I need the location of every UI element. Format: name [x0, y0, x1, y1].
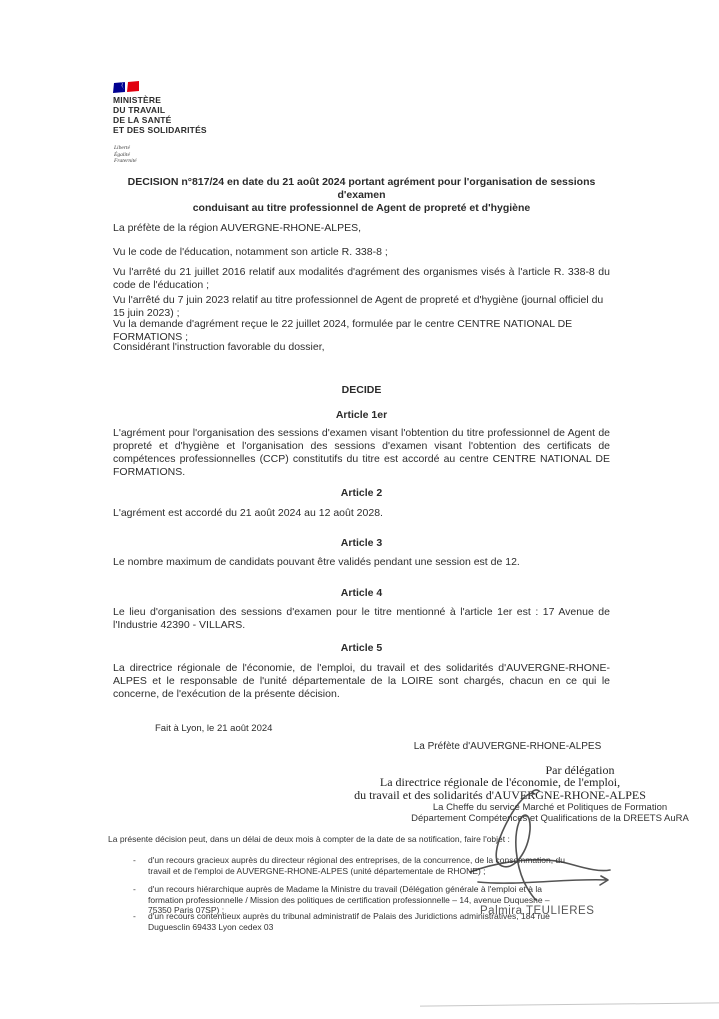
- decision-document-page: MINISTÈRE DU TRAVAIL DE LA SANTÉ ET DES …: [0, 0, 719, 1019]
- bullet-dash: -: [133, 855, 148, 876]
- article-5-body: La directrice régionale de l'économie, d…: [113, 662, 610, 701]
- ministry-name-line: DE LA SANTÉ: [113, 115, 207, 125]
- preamble-paragraph: Considérant l'instruction favorable du d…: [113, 341, 610, 354]
- motto: Liberté Égalité Fraternité: [114, 145, 137, 165]
- document-title: DECISION n°817/24 en date du 21 août 202…: [113, 176, 610, 215]
- decide-heading: DECIDE: [113, 384, 610, 396]
- appeal-item-text: d'un recours gracieux auprès du directeu…: [148, 855, 565, 876]
- article-4-heading: Article 4: [113, 587, 610, 599]
- article-5-heading: Article 5: [113, 642, 610, 654]
- appeal-item: - d'un recours contentieux auprès du tri…: [133, 911, 565, 932]
- article-3-body: Le nombre maximum de candidats pouvant ê…: [113, 556, 610, 569]
- ministry-name-line: ET DES SOLIDARITÉS: [113, 125, 207, 135]
- marianne-flag-icon: [113, 81, 140, 94]
- article-3-heading: Article 3: [113, 537, 610, 549]
- ministry-name-line: MINISTÈRE: [113, 95, 207, 105]
- article-4-body: Le lieu d'organisation des sessions d'ex…: [113, 606, 610, 632]
- place-and-date: Fait à Lyon, le 21 août 2024: [155, 723, 272, 734]
- preamble-paragraph: Vu le code de l'éducation, notamment son…: [113, 246, 610, 259]
- preamble-paragraph: La préfète de la région AUVERGNE-RHONE-A…: [113, 222, 610, 235]
- article-2-heading: Article 2: [113, 487, 610, 499]
- prefect-title: La Préfète d'AUVERGNE-RHONE-ALPES: [350, 741, 665, 752]
- preamble-paragraph: Vu l'arrêté du 7 juin 2023 relatif au ti…: [113, 294, 610, 320]
- appeals-intro: La présente décision peut, dans un délai…: [108, 834, 578, 845]
- article-2-body: L'agrément est accordé du 21 août 2024 a…: [113, 507, 610, 520]
- ministry-name-line: DU TRAVAIL: [113, 105, 207, 115]
- preamble-paragraph: Vu l'arrêté du 21 juillet 2016 relatif a…: [113, 266, 610, 292]
- appeal-item: - d'un recours gracieux auprès du direct…: [133, 855, 565, 876]
- article-1-heading: Article 1er: [113, 409, 610, 421]
- bullet-dash: -: [133, 911, 148, 932]
- article-1-body: L'agrément pour l'organisation des sessi…: [113, 427, 610, 479]
- appeal-item-text: d'un recours contentieux auprès du tribu…: [148, 911, 565, 932]
- motto-line: Fraternité: [114, 158, 137, 165]
- scan-artifact-line: [420, 1002, 719, 1006]
- ministry-name: MINISTÈRE DU TRAVAIL DE LA SANTÉ ET DES …: [113, 95, 207, 135]
